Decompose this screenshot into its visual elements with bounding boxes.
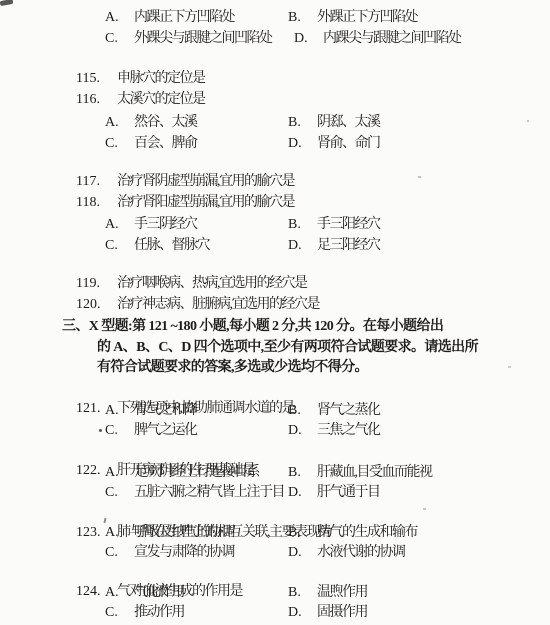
option-row: A.内踝正下方凹陷处 B.外踝正下方凹陷处 (0, 8, 550, 27)
option-b: B.温煦作用 (288, 583, 367, 602)
option-b: B.阴郄、太溪 (288, 113, 380, 132)
scan-artifact (0, 0, 13, 6)
option-label: A. (105, 113, 134, 132)
option-text: 外踝正下方凹陷处 (317, 10, 417, 25)
option-c: C.百会、脾俞 (105, 134, 197, 153)
scanned-exam-page: A.内踝正下方凹陷处 B.外踝正下方凹陷处 C.外踝尖与跟腱之间凹陷处 D.内踝… (0, 0, 550, 625)
option-label: B. (288, 215, 317, 234)
section-heading-line2: 的 A、B、C、D 四个选项中,至少有两项符合试题要求。请选出所 (97, 338, 550, 357)
option-a: A.足厥阴经上行连接目系 (105, 463, 259, 482)
option-text: 手三阴经穴 (134, 217, 197, 232)
option-row: A.手三阴经穴 B.手三阳经穴 (0, 215, 550, 234)
option-label: D. (288, 483, 317, 502)
option-label: B. (288, 463, 317, 482)
option-d: D.固摄作用 (288, 603, 367, 622)
option-label: A. (105, 401, 134, 420)
option-text: 呼吸及纳气的协调 (134, 525, 234, 540)
option-text: 脾气之运化 (134, 423, 197, 438)
question-115: 115.申脉穴的定位是 (62, 50, 550, 69)
option-text: 百会、脾俞 (134, 136, 197, 151)
option-text: 肾俞、命门 (317, 136, 380, 151)
option-text: 气化作用 (134, 585, 184, 600)
option-row: A.胃气之和降 B.肾气之蒸化 (0, 401, 550, 420)
option-label: C. (105, 134, 134, 153)
option-text: 内踝正下方凹陷处 (134, 10, 234, 25)
question-123: 123.肺与肾在生理上的相互关联,主要表现为 (62, 504, 550, 523)
section-heading-line1: 三、X 型题:第 121 ~180 小题,每小题 2 分,共 120 分。在每小… (62, 317, 550, 336)
option-label: C. (105, 483, 134, 502)
option-label: B. (288, 583, 317, 602)
question-124: 124.气对血液生成的作用是 (62, 563, 550, 582)
option-d: D.水液代谢的协调 (288, 543, 405, 562)
question-text: 治疗肾阳虚型崩漏,宜用的腧穴是 (117, 195, 294, 210)
option-row: C.脾气之运化 D.三焦之气化 (0, 421, 550, 440)
option-a: A.胃气之和降 (105, 401, 197, 420)
option-label: D. (288, 421, 317, 440)
option-b: B.精气的生成和输布 (288, 523, 417, 542)
option-b: B.肝藏血,目受血而能视 (288, 463, 432, 482)
option-text: 外踝尖与跟腱之间凹陷处 (134, 31, 272, 46)
option-label: A. (105, 215, 134, 234)
option-text: 温煦作用 (317, 585, 367, 600)
option-c: C.脾气之运化 (105, 421, 197, 440)
option-label: D. (288, 603, 317, 622)
option-row: C.任脉、督脉穴 D.足三阳经穴 (0, 236, 550, 255)
question-text: 治疗神志病、脏腑病,宜选用的经穴是 (117, 297, 319, 312)
option-text: 手三阳经穴 (317, 217, 380, 232)
question-number: 118. (76, 193, 117, 212)
option-a: A.气化作用 (105, 583, 184, 602)
option-label: D. (288, 134, 317, 153)
option-c: C.推动作用 (105, 603, 184, 622)
question-122: 122.肝开窍于目的生理基础是 (62, 442, 550, 461)
option-c: C.任脉、督脉穴 (105, 236, 209, 255)
option-row: C.百会、脾俞 D.肾俞、命门 (0, 134, 550, 153)
option-c: C.外踝尖与跟腱之间凹陷处 (105, 29, 272, 48)
option-row: C.宣发与肃降的协调 D.水液代谢的协调 (0, 543, 550, 562)
option-row: C.外踝尖与跟腱之间凹陷处 D.内踝尖与跟腱之间凹陷处 (0, 29, 550, 48)
option-label: A. (105, 523, 134, 542)
option-d: D.三焦之气化 (288, 421, 380, 440)
question-117: 117.治疗肾阴虚型崩漏,宜用的腧穴是 (62, 153, 550, 172)
option-a: A.内踝正下方凹陷处 (105, 8, 234, 27)
option-label: C. (105, 29, 134, 48)
option-row: A.气化作用 B.温煦作用 (0, 583, 550, 602)
option-row: C.推动作用 D.固摄作用 (0, 603, 550, 622)
section-heading-line3: 有符合试题要求的答案,多选或少选均不得分。 (97, 358, 550, 377)
question-number: 116. (76, 90, 117, 109)
option-text: 足厥阴经上行连接目系 (134, 465, 259, 480)
option-row: A.足厥阴经上行连接目系 B.肝藏血,目受血而能视 (0, 463, 550, 482)
option-text: 内踝尖与跟腱之间凹陷处 (323, 31, 461, 46)
option-b: B.肾气之蒸化 (288, 401, 380, 420)
option-text: 宣发与肃降的协调 (134, 545, 234, 560)
option-text: 胃气之和降 (134, 403, 197, 418)
option-text: 任脉、督脉穴 (134, 238, 209, 253)
question-116: 116.太溪穴的定位是 (62, 71, 550, 90)
option-text: 阴郄、太溪 (317, 115, 380, 130)
option-label: B. (288, 113, 317, 132)
option-a: A.呼吸及纳气的协调 (105, 523, 234, 542)
option-label: B. (288, 8, 317, 27)
option-label: C. (105, 543, 134, 562)
question-120: 120.治疗神志病、脏腑病,宜选用的经穴是 (62, 276, 550, 295)
option-label: C. (105, 236, 134, 255)
option-label: B. (288, 401, 317, 420)
option-label: C. (105, 603, 134, 622)
option-d: D.足三阳经穴 (288, 236, 380, 255)
question-text: 太溪穴的定位是 (117, 92, 205, 107)
option-label: D. (294, 29, 323, 48)
question-118: 118.治疗肾阳虚型崩漏,宜用的腧穴是 (62, 174, 550, 193)
question-number: 120. (76, 295, 117, 314)
option-text: 足三阳经穴 (317, 238, 380, 253)
option-d: D.肾俞、命门 (288, 134, 380, 153)
question-119: 119.治疗咽喉病、热病,宜选用的经穴是 (62, 255, 550, 274)
option-text: 固摄作用 (317, 605, 367, 620)
option-text: 推动作用 (134, 605, 184, 620)
option-row: A.然谷、太溪 B.阴郄、太溪 (0, 113, 550, 132)
option-d: D.内踝尖与跟腱之间凹陷处 (294, 29, 461, 48)
question-121: 121.下列选项中,协助肺通调水道的是 (62, 380, 550, 399)
option-c: C.宣发与肃降的协调 (105, 543, 234, 562)
option-d: D.肝气通于目 (288, 483, 380, 502)
option-text: 然谷、太溪 (134, 115, 197, 130)
option-text: 肾气之蒸化 (317, 403, 380, 418)
option-row: A.呼吸及纳气的协调 B.精气的生成和输布 (0, 523, 550, 542)
option-row: C.五脏六腑之精气皆上注于目 D.肝气通于目 (0, 483, 550, 502)
option-b: B.外踝正下方凹陷处 (288, 8, 417, 27)
option-label: C. (105, 421, 134, 440)
option-text: 五脏六腑之精气皆上注于目 (134, 485, 284, 500)
option-text: 肝气通于目 (317, 485, 380, 500)
option-label: D. (288, 236, 317, 255)
option-text: 三焦之气化 (317, 423, 380, 438)
option-label: D. (288, 543, 317, 562)
option-text: 水液代谢的协调 (317, 545, 405, 560)
option-label: A. (105, 583, 134, 602)
option-text: 精气的生成和输布 (317, 525, 417, 540)
option-a: A.手三阴经穴 (105, 215, 197, 234)
option-c: C.五脏六腑之精气皆上注于目 (105, 483, 284, 502)
option-b: B.手三阳经穴 (288, 215, 380, 234)
option-label: A. (105, 8, 134, 27)
option-label: B. (288, 523, 317, 542)
option-a: A.然谷、太溪 (105, 113, 197, 132)
option-label: A. (105, 463, 134, 482)
option-text: 肝藏血,目受血而能视 (317, 465, 432, 480)
